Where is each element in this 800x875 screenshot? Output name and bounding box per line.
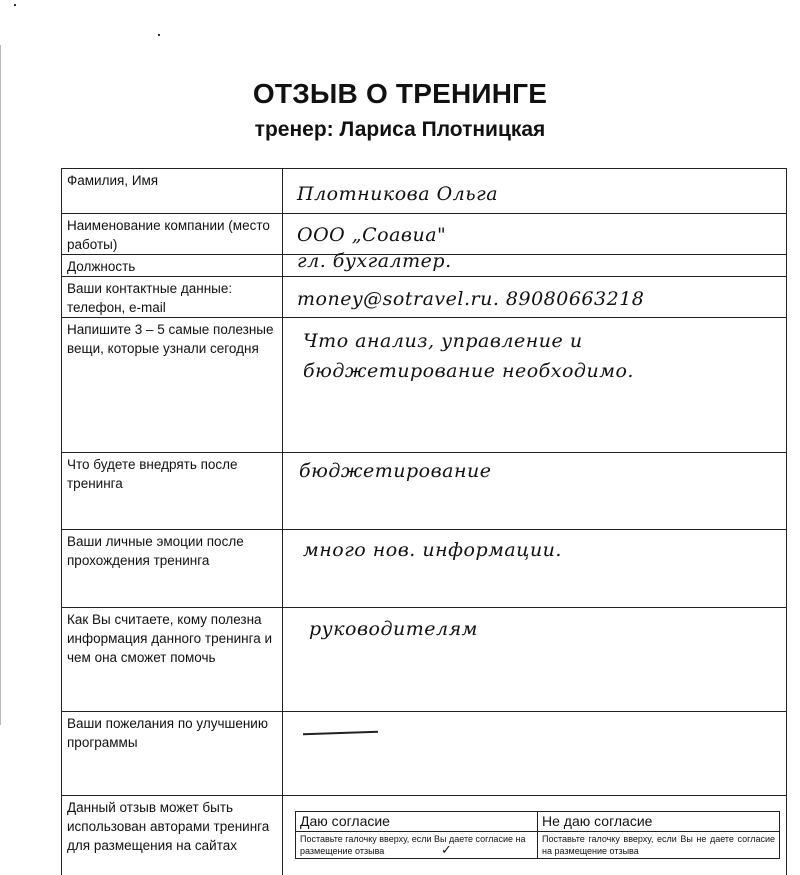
form-row-emotions: Ваши личные эмоции после прохождения тре… (62, 530, 787, 608)
form-row-implement: Что будете внедрять после тренинга бюдже… (62, 453, 787, 530)
checkmark-icon: ✓ (441, 844, 452, 857)
field-label: Ваши контактные данные: телефон, e-mail (62, 277, 283, 318)
implement-field[interactable]: бюджетирование (283, 453, 787, 530)
feedback-form-table: Фамилия, Имя Плотникова Ольга Наименован… (61, 168, 787, 875)
consent-disagree-option[interactable]: Поставьте галочку вверху, если Вы не дае… (538, 832, 780, 859)
field-label: Как Вы считаете, кому полезна информация… (62, 608, 283, 712)
handwritten-answer: money@sotravel.ru. 89080663218 (297, 288, 644, 310)
form-row-name: Фамилия, Имя Плотникова Ольга (62, 169, 787, 214)
field-label: Должность (62, 255, 283, 277)
handwritten-answer: много нов. информации. (303, 539, 562, 561)
field-label: Что будете внедрять после тренинга (62, 453, 283, 530)
name-field[interactable]: Плотникова Ольга (283, 169, 787, 214)
form-row-company: Наименование компании (место работы) ООО… (62, 214, 787, 255)
consent-agree-option[interactable]: Поставьте галочку вверху, если Вы даете … (296, 832, 538, 859)
consent-disagree-label: Не даю согласие (538, 812, 780, 832)
page-subtitle: тренер: Лариса Плотницкая (0, 118, 800, 142)
form-row-contacts: Ваши контактные данные: телефон, e-mail … (62, 277, 787, 318)
form-row-usefulness: Как Вы считаете, кому полезна информация… (62, 608, 787, 712)
field-label: Данный отзыв может быть использован авто… (62, 796, 283, 875)
field-label: Ваши личные эмоции после прохождения тре… (62, 530, 283, 608)
handwritten-answer: гл. бухгалтер. (297, 250, 452, 272)
emotions-field[interactable]: много нов. информации. (283, 530, 787, 608)
scan-speck (14, 4, 16, 6)
contacts-field[interactable]: money@sotravel.ru. 89080663218 (283, 277, 787, 318)
handwritten-answer: бюджетирование (299, 460, 491, 482)
form-row-position: Должность гл. бухгалтер. (62, 255, 787, 277)
position-field[interactable]: гл. бухгалтер. (283, 255, 787, 277)
field-label: Напишите 3 – 5 самые полезные вещи, кото… (62, 318, 283, 453)
handwritten-dash (303, 731, 378, 736)
handwritten-answer: Плотникова Ольга (297, 183, 498, 205)
handwritten-answer: Что анализ, управление и бюджетирование … (303, 326, 723, 386)
useful-things-field[interactable]: Что анализ, управление и бюджетирование … (283, 318, 787, 453)
scan-speck (158, 34, 160, 36)
field-label: Ваши пожелания по улучшению программы (62, 712, 283, 796)
field-label: Наименование компании (место работы) (62, 214, 283, 255)
form-row-useful-things: Напишите 3 – 5 самые полезные вещи, кото… (62, 318, 787, 453)
field-label: Фамилия, Имя (62, 169, 283, 214)
suggestions-field[interactable] (283, 712, 787, 796)
scan-edge (0, 45, 1, 725)
handwritten-answer: ООО „Соавиа" (297, 224, 446, 246)
consent-table: Даю согласие Не даю согласие Поставьте г… (295, 811, 780, 859)
usefulness-field[interactable]: руководителям (283, 608, 787, 712)
consent-agree-hint: Поставьте галочку вверху, если Вы даете … (300, 834, 525, 856)
consent-agree-label: Даю согласие (296, 812, 538, 832)
page-title: ОТЗЫВ О ТРЕНИНГЕ (0, 78, 800, 110)
consent-cell: Даю согласие Не даю согласие Поставьте г… (283, 796, 787, 875)
form-row-consent: Данный отзыв может быть использован авто… (62, 796, 787, 875)
form-row-suggestions: Ваши пожелания по улучшению программы (62, 712, 787, 796)
company-field[interactable]: ООО „Соавиа" (283, 214, 787, 255)
consent-disagree-hint: Поставьте галочку вверху, если Вы не дае… (542, 834, 775, 856)
handwritten-answer: руководителям (309, 618, 478, 640)
